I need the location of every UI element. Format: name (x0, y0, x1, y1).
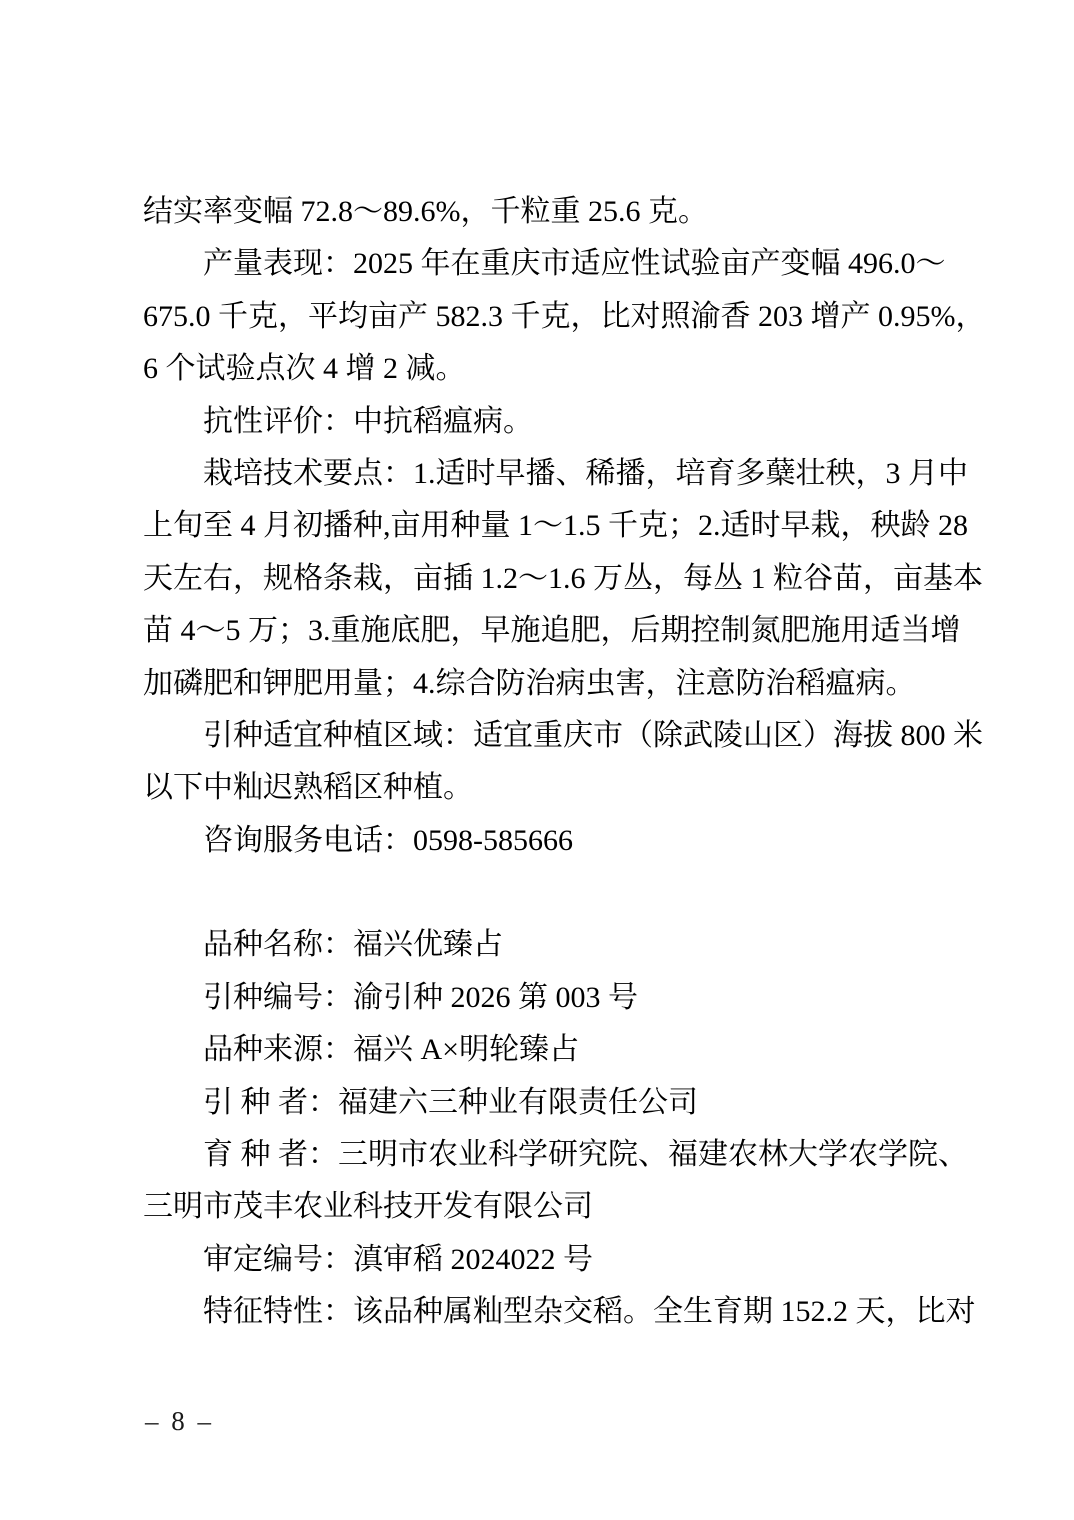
text-line: 天左右，规格条栽，亩插 1.2～1.6 万丛，每丛 1 粒谷苗，亩基本 (143, 553, 930, 605)
text-line: 引种编号：渝引种 2026 第 003 号 (143, 972, 930, 1024)
text-line: 上旬至 4 月初播种,亩用种量 1～1.5 千克；2.适时早栽，秧龄 28 (143, 500, 930, 552)
text-line: 育 种 者：三明市农业科学研究院、福建农林大学农学院、 (143, 1129, 930, 1181)
text-line: 三明市茂丰农业科技开发有限公司 (143, 1181, 930, 1233)
text-line: 675.0 千克，平均亩产 582.3 千克，比对照渝香 203 增产 0.95… (143, 291, 930, 343)
text-line: 栽培技术要点：1.适时早播、稀播，培育多蘖壮秧，3 月中 (143, 448, 930, 500)
text-line: 以下中籼迟熟稻区种植。 (143, 762, 930, 814)
text-line: 引 种 者：福建六三种业有限责任公司 (143, 1077, 930, 1129)
text-line: 抗性评价：中抗稻瘟病。 (143, 396, 930, 448)
blank-line (143, 867, 930, 919)
text-line: 品种名称：福兴优臻占 (143, 919, 930, 971)
text-line: 6 个试验点次 4 增 2 减。 (143, 343, 930, 395)
text-line: 产量表现：2025 年在重庆市适应性试验亩产变幅 496.0～ (143, 238, 930, 290)
text-line: 审定编号：滇审稻 2024022 号 (143, 1234, 930, 1286)
text-line: 加磷肥和钾肥用量；4.综合防治病虫害，注意防治稻瘟病。 (143, 658, 930, 710)
document-body: 结实率变幅 72.8～89.6%，千粒重 25.6 克。产量表现：2025 年在… (143, 186, 930, 1339)
text-line: 结实率变幅 72.8～89.6%，千粒重 25.6 克。 (143, 186, 930, 238)
text-line: 特征特性：该品种属籼型杂交稻。全生育期 152.2 天，比对 (143, 1286, 930, 1338)
document-page: 结实率变幅 72.8～89.6%，千粒重 25.6 克。产量表现：2025 年在… (0, 0, 1074, 1520)
text-line: 咨询服务电话：0598-585666 (143, 815, 930, 867)
text-line: 品种来源：福兴 A×明轮臻占 (143, 1024, 930, 1076)
page-number: – 8 – (145, 1406, 214, 1437)
text-line: 引种适宜种植区域：适宜重庆市（除武陵山区）海拔 800 米 (143, 710, 930, 762)
text-line: 苗 4～5 万；3.重施底肥，早施追肥，后期控制氮肥施用适当增 (143, 605, 930, 657)
